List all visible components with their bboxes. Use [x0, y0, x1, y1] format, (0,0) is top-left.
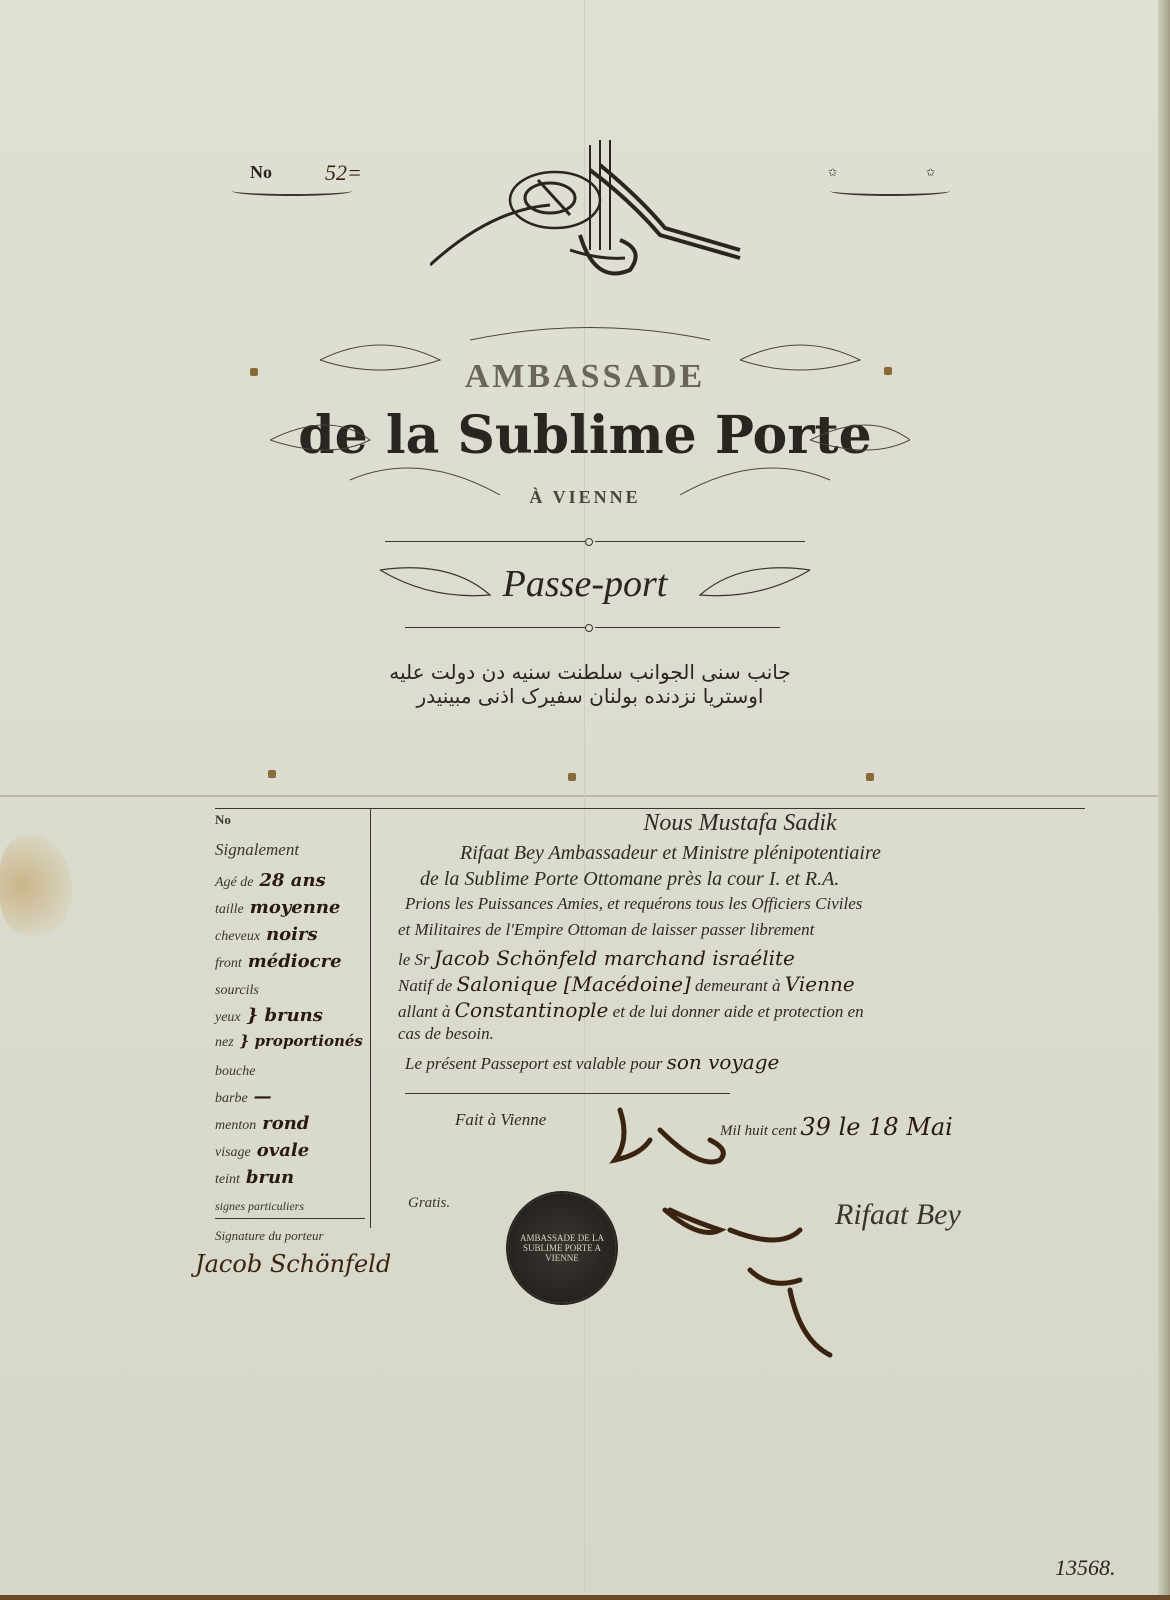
signature-porteur-label: Signature du porteur: [215, 1228, 324, 1244]
signalement-column: No Signalement Agé de28 ans taillemoyenn…: [215, 812, 370, 1221]
body-line-nous: Nous Mustafa Sadik: [380, 810, 1100, 842]
signalement-heading: Signalement: [215, 840, 370, 870]
pin-hole: [866, 773, 874, 781]
signalement-row-teint: teintbrun: [215, 1167, 370, 1194]
signature-rule: [215, 1218, 365, 1219]
divider-rule: [595, 627, 780, 628]
ottoman-title-text: جانب سنی الجوانب سلطنت سنیه دن دولت علیه…: [380, 660, 800, 708]
passport-flourish: [370, 550, 820, 620]
signalement-number-label: No: [215, 812, 370, 840]
signalement-row-visage: visageovale: [215, 1140, 370, 1167]
signalement-row-nez: nez} proportionés: [215, 1032, 370, 1059]
signalement-row-menton: mentonrond: [215, 1113, 370, 1140]
table-top-rule: [215, 808, 1085, 809]
signalement-row-cheveux: cheveuxnoirs: [215, 924, 370, 951]
star-icon: ✩: [926, 166, 935, 179]
gratis-label: Gratis.: [408, 1195, 450, 1212]
tughra-icon: [430, 140, 760, 290]
body-line-allant: allant à Constantinople et de lui donner…: [380, 998, 1100, 1024]
body-line-militaires: et Militaires de l'Empire Ottoman de lai…: [380, 920, 1100, 946]
flourish-ornament: [270, 320, 910, 540]
star-icon: ✩: [828, 166, 837, 179]
frame-edge-bottom: [0, 1595, 1170, 1600]
swash-left: [232, 186, 352, 196]
signalement-row-sourcils: sourcils: [215, 978, 370, 1005]
body-line-validity: Le présent Passeport est valable pour so…: [380, 1050, 1100, 1076]
number-label: No: [250, 162, 272, 183]
signalement-row-front: frontmédiocre: [215, 951, 370, 978]
divider-dot: [585, 624, 593, 632]
passport-document: No 52= ✩ ✩ AMBASSADE de la Sublime Porte…: [0, 0, 1170, 1595]
body-line-ambassador: Rifaat Bey Ambassadeur et Ministre pléni…: [380, 842, 1100, 868]
body-line-sublime-porte: de la Sublime Porte Ottomane près la cou…: [380, 868, 1100, 894]
body-line-bearer: le Sr Jacob Schönfeld marchand israélite: [380, 946, 1100, 972]
ambassador-signature: Rifaat Bey: [835, 1198, 961, 1232]
swash-right: [830, 186, 950, 196]
signalement-row-bouche: bouche: [215, 1059, 370, 1086]
issued-place: Fait à Vienne: [455, 1110, 546, 1130]
ottoman-signature-icon: [600, 1100, 860, 1360]
signalement-row-yeux: yeux} bruns: [215, 1005, 370, 1032]
catalog-number: 13568.: [1055, 1555, 1116, 1581]
divider-dot: [585, 538, 593, 546]
table-column-divider: [370, 808, 371, 1228]
signalement-row-age: Agé de28 ans: [215, 870, 370, 897]
pin-hole: [568, 773, 576, 781]
validity-rule: [405, 1093, 730, 1094]
body-line-natif: Natif de Salonique [Macédoine] demeurant…: [380, 972, 1100, 998]
frame-edge-right: [1158, 0, 1170, 1595]
divider-rule: [595, 541, 805, 542]
fold-line-horizontal: [0, 795, 1170, 797]
body-line-besoin: cas de besoin.: [380, 1024, 1100, 1050]
number-value: 52=: [325, 160, 362, 186]
signalement-row-signes: signes particuliers: [215, 1194, 370, 1221]
body-line-prions: Prions les Puissances Amies, et requéron…: [380, 894, 1100, 920]
water-stain: [0, 835, 72, 935]
pin-hole: [268, 770, 276, 778]
divider-rule: [385, 541, 585, 542]
divider-rule: [405, 627, 585, 628]
bearer-signature: Jacob Schönfeld: [195, 1250, 391, 1278]
signalement-row-taille: taillemoyenne: [215, 897, 370, 924]
passport-body-text: Nous Mustafa Sadik Rifaat Bey Ambassadeu…: [380, 810, 1100, 1076]
signalement-row-barbe: barbe—: [215, 1086, 370, 1113]
